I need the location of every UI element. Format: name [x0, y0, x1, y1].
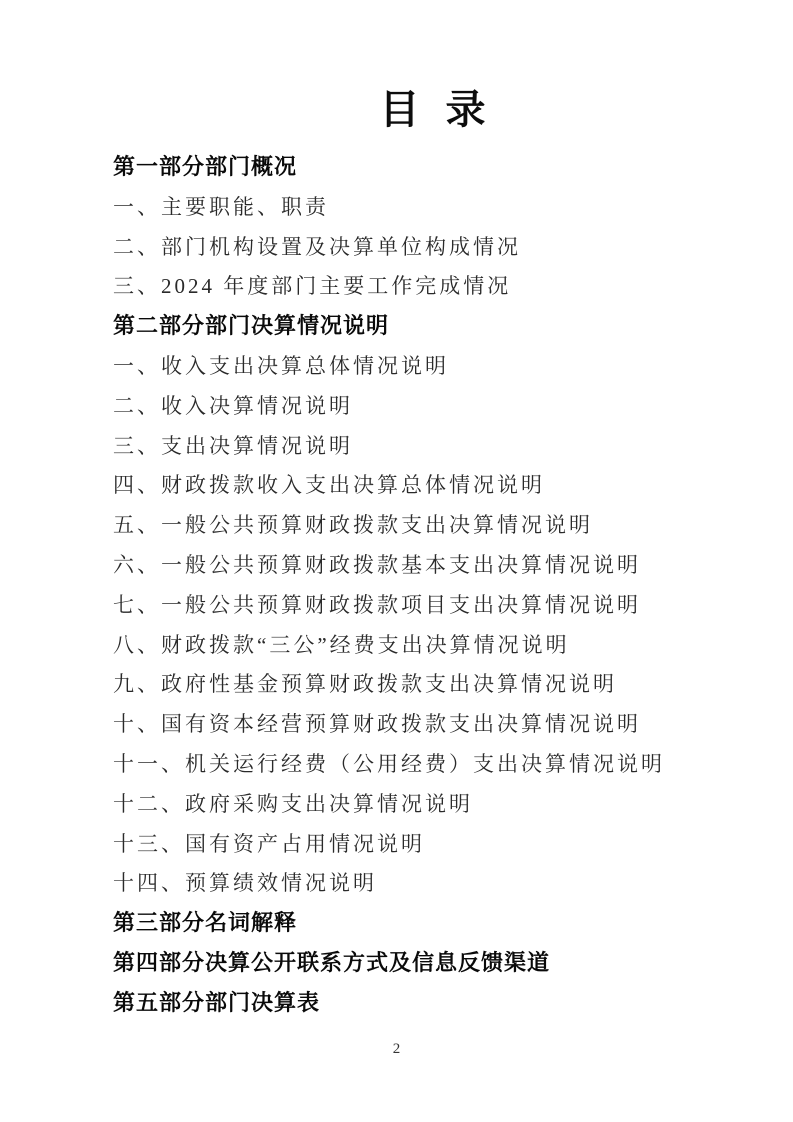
page-title: 目 录 [0, 86, 793, 134]
toc-item: 七、一般公共预算财政拨款项目支出决算情况说明 [113, 586, 753, 626]
toc-section-heading: 第三部分名词解释 [113, 904, 753, 944]
toc-section-heading: 第二部分部门决算情况说明 [113, 307, 753, 347]
document-page: 目 录 第一部分部门概况 一、主要职能、职责 二、部门机构设置及决算单位构成情况… [0, 0, 793, 1122]
toc-item: 十四、预算绩效情况说明 [113, 864, 753, 904]
toc-section-heading: 第一部分部门概况 [113, 148, 753, 188]
toc-item: 三、支出决算情况说明 [113, 427, 753, 467]
toc-item: 一、收入支出决算总体情况说明 [113, 347, 753, 387]
toc-item: 十、国有资本经营预算财政拨款支出决算情况说明 [113, 705, 753, 745]
table-of-contents: 第一部分部门概况 一、主要职能、职责 二、部门机构设置及决算单位构成情况 三、2… [113, 148, 753, 1024]
toc-item: 十一、机关运行经费（公用经费）支出决算情况说明 [113, 745, 753, 785]
toc-section-heading: 第五部分部门决算表 [113, 984, 753, 1024]
toc-item: 四、财政拨款收入支出决算总体情况说明 [113, 466, 753, 506]
toc-item: 一、主要职能、职责 [113, 188, 753, 228]
page-number: 2 [0, 1038, 793, 1060]
toc-item: 三、2024 年度部门主要工作完成情况 [113, 267, 753, 307]
toc-item: 二、部门机构设置及决算单位构成情况 [113, 228, 753, 268]
toc-item: 五、一般公共预算财政拨款支出决算情况说明 [113, 506, 753, 546]
toc-item: 六、一般公共预算财政拨款基本支出决算情况说明 [113, 546, 753, 586]
toc-section-heading: 第四部分决算公开联系方式及信息反馈渠道 [113, 944, 753, 984]
toc-item: 八、财政拨款“三公”经费支出决算情况说明 [113, 626, 753, 666]
toc-item: 九、政府性基金预算财政拨款支出决算情况说明 [113, 665, 753, 705]
toc-item: 十二、政府采购支出决算情况说明 [113, 785, 753, 825]
toc-item: 二、收入决算情况说明 [113, 387, 753, 427]
toc-item: 十三、国有资产占用情况说明 [113, 825, 753, 865]
